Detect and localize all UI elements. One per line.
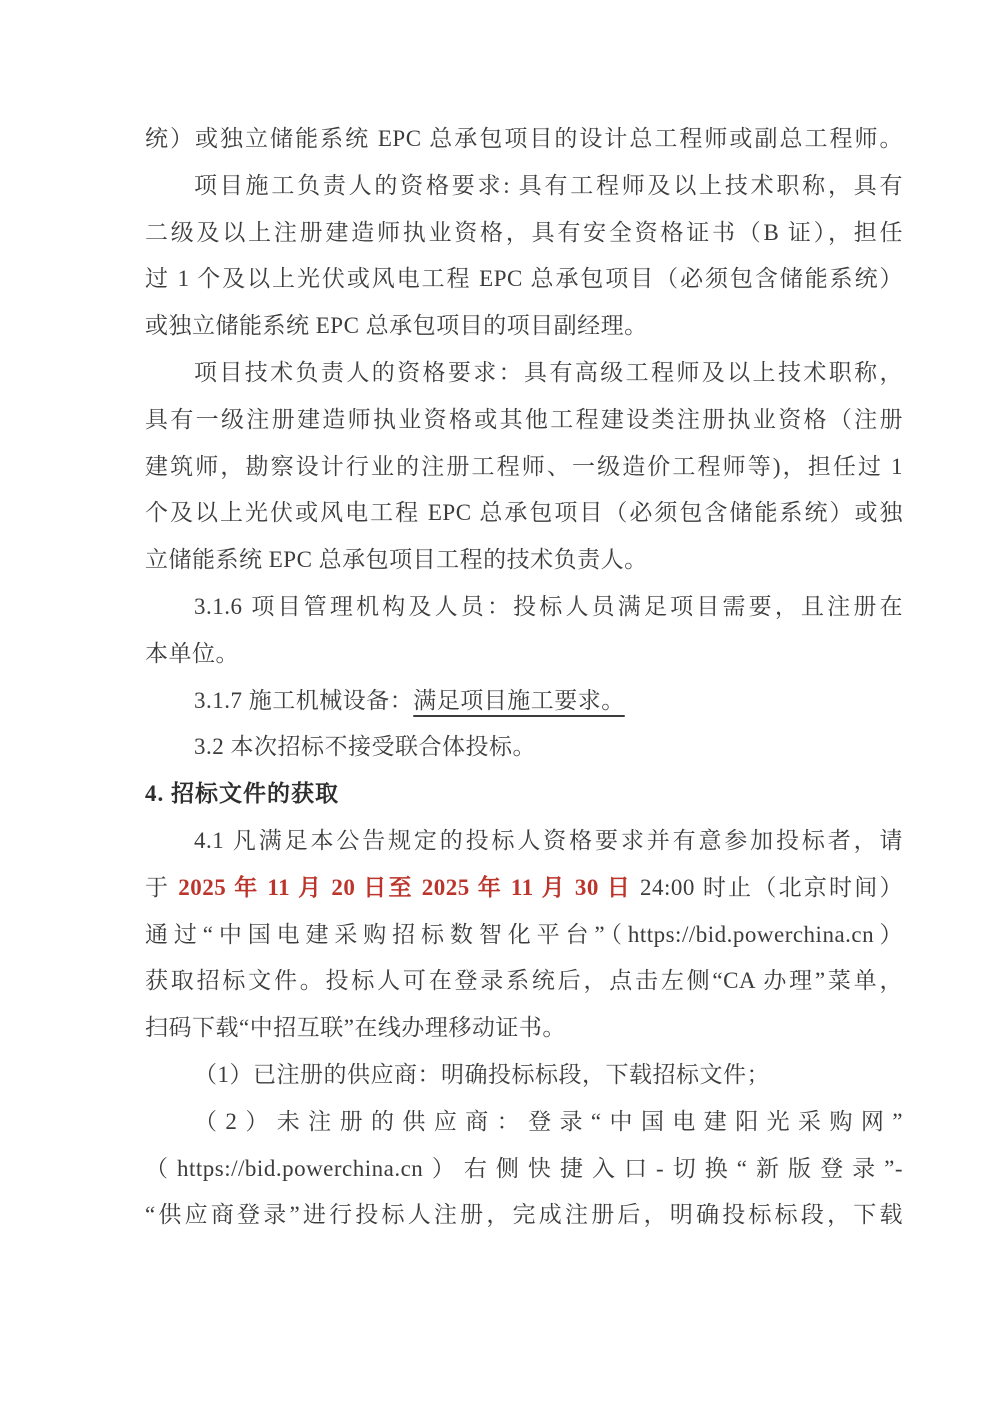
line-text: 3.1.6 项目管理机构及人员：投标人员满足项目需要，且注册在 [194,594,903,619]
line-text: 具有一级注册建造师执业资格或其他工程建设类注册执业资格（注册 [145,407,903,432]
doc-line: 具有一级注册建造师执业资格或其他工程建设类注册执业资格（注册 [145,397,903,444]
line-text: 立储能系统 EPC 总承包项目工程的技术负责人。 [145,547,648,572]
doc-line: 扫码下载“中招互联”在线办理移动证书。 [145,1005,903,1052]
line-text: （https://bid.powerchina.cn）右侧快捷入口-切换“新版登… [145,1156,903,1181]
doc-line: 项目技术负责人的资格要求：具有高级工程师及以上技术职称， [145,350,903,397]
doc-line: 立储能系统 EPC 总承包项目工程的技术负责人。 [145,537,903,584]
doc-line-clause-317: 3.1.7 施工机械设备：满足项目施工要求。 [145,678,903,725]
line-text: “供应商登录”进行投标人注册，完成注册后，明确投标标段，下载 [145,1202,903,1227]
line-text: 于 [145,875,178,900]
line-text: （2）未注册的供应商：登录“中国电建阳光采购网” [194,1109,903,1134]
heading-text: 4. 招标文件的获取 [145,781,339,806]
line-text: 4.1 凡满足本公告规定的投标人资格要求并有意参加投标者，请 [194,828,903,853]
line-text: 通过“中国电建采购招标数智化平台”（https://bid.powerchina… [145,922,903,947]
line-text: 统）或独立储能系统 EPC 总承包项目的设计总工程师或副总工程师。 [145,126,903,151]
doc-line: 二级及以上注册建造师执业资格，具有安全资格证书（B 证），担任 [145,210,903,257]
line-text: 获取招标文件。投标人可在登录系统后，点击左侧“CA 办理”菜单， [145,968,903,993]
doc-line: 统）或独立储能系统 EPC 总承包项目的设计总工程师或副总工程师。 [145,116,903,163]
doc-line: “供应商登录”进行投标人注册，完成注册后，明确投标标段，下载 [145,1192,903,1239]
doc-line: 本单位。 [145,631,903,678]
doc-line-item-2: （2）未注册的供应商：登录“中国电建阳光采购网” [145,1099,903,1146]
doc-line-date: 于 2025 年 11 月 20 日至 2025 年 11 月 30 日 24:… [145,865,903,912]
section-4-heading: 4. 招标文件的获取 [145,771,903,818]
doc-line: 过 1 个及以上光伏或风电工程 EPC 总承包项目（必须包含储能系统） [145,256,903,303]
line-text: 或独立储能系统 EPC 总承包项目的项目副经理。 [145,313,648,338]
doc-line-clause-41: 4.1 凡满足本公告规定的投标人资格要求并有意参加投标者，请 [145,818,903,865]
line-text: （1）已注册的供应商：明确投标标段，下载招标文件； [194,1062,770,1087]
tender-date-range: 2025 年 11 月 20 日至 2025 年 11 月 30 日 [178,875,632,900]
line-text: 个及以上光伏或风电工程 EPC 总承包项目（必须包含储能系统）或独 [145,500,903,525]
line-text: 扫码下载“中招互联”在线办理移动证书。 [145,1015,566,1040]
doc-line: 或独立储能系统 EPC 总承包项目的项目副经理。 [145,303,903,350]
doc-line-clause-32: 3.2 本次招标不接受联合体投标。 [145,724,903,771]
doc-line: 获取招标文件。投标人可在登录系统后，点击左侧“CA 办理”菜单， [145,958,903,1005]
line-text: 24:00 时止（北京时间） [632,875,903,900]
doc-line-item-1: （1）已注册的供应商：明确投标标段，下载招标文件； [145,1052,903,1099]
document-text: 统）或独立储能系统 EPC 总承包项目的设计总工程师或副总工程师。 项目施工负责… [145,116,903,1239]
document-page: 统）或独立储能系统 EPC 总承包项目的设计总工程师或副总工程师。 项目施工负责… [0,0,1000,1414]
line-text: 项目施工负责人的资格要求: 具有工程师及以上技术职称，具有 [194,173,903,198]
line-text: 3.1.7 施工机械设备： [194,688,413,713]
doc-line-platform-url: 通过“中国电建采购招标数智化平台”（https://bid.powerchina… [145,912,903,959]
doc-line: 个及以上光伏或风电工程 EPC 总承包项目（必须包含储能系统）或独 [145,490,903,537]
line-text: 本单位。 [145,641,239,666]
line-text: 项目技术负责人的资格要求：具有高级工程师及以上技术职称， [194,360,903,385]
doc-line: 项目施工负责人的资格要求: 具有工程师及以上技术职称，具有 [145,163,903,210]
underlined-requirement: 满足项目施工要求。 [413,688,625,713]
line-text: 建筑师，勘察设计行业的注册工程师、一级造价工程师等)，担任过 1 [145,454,903,479]
line-text: 过 1 个及以上光伏或风电工程 EPC 总承包项目（必须包含储能系统） [145,266,903,291]
doc-line-portal-url: （https://bid.powerchina.cn）右侧快捷入口-切换“新版登… [145,1146,903,1193]
doc-line-clause-316: 3.1.6 项目管理机构及人员：投标人员满足项目需要，且注册在 [145,584,903,631]
doc-line: 建筑师，勘察设计行业的注册工程师、一级造价工程师等)，担任过 1 [145,444,903,491]
line-text: 3.2 本次招标不接受联合体投标。 [194,734,536,759]
line-text: 二级及以上注册建造师执业资格，具有安全资格证书（B 证），担任 [145,220,903,245]
